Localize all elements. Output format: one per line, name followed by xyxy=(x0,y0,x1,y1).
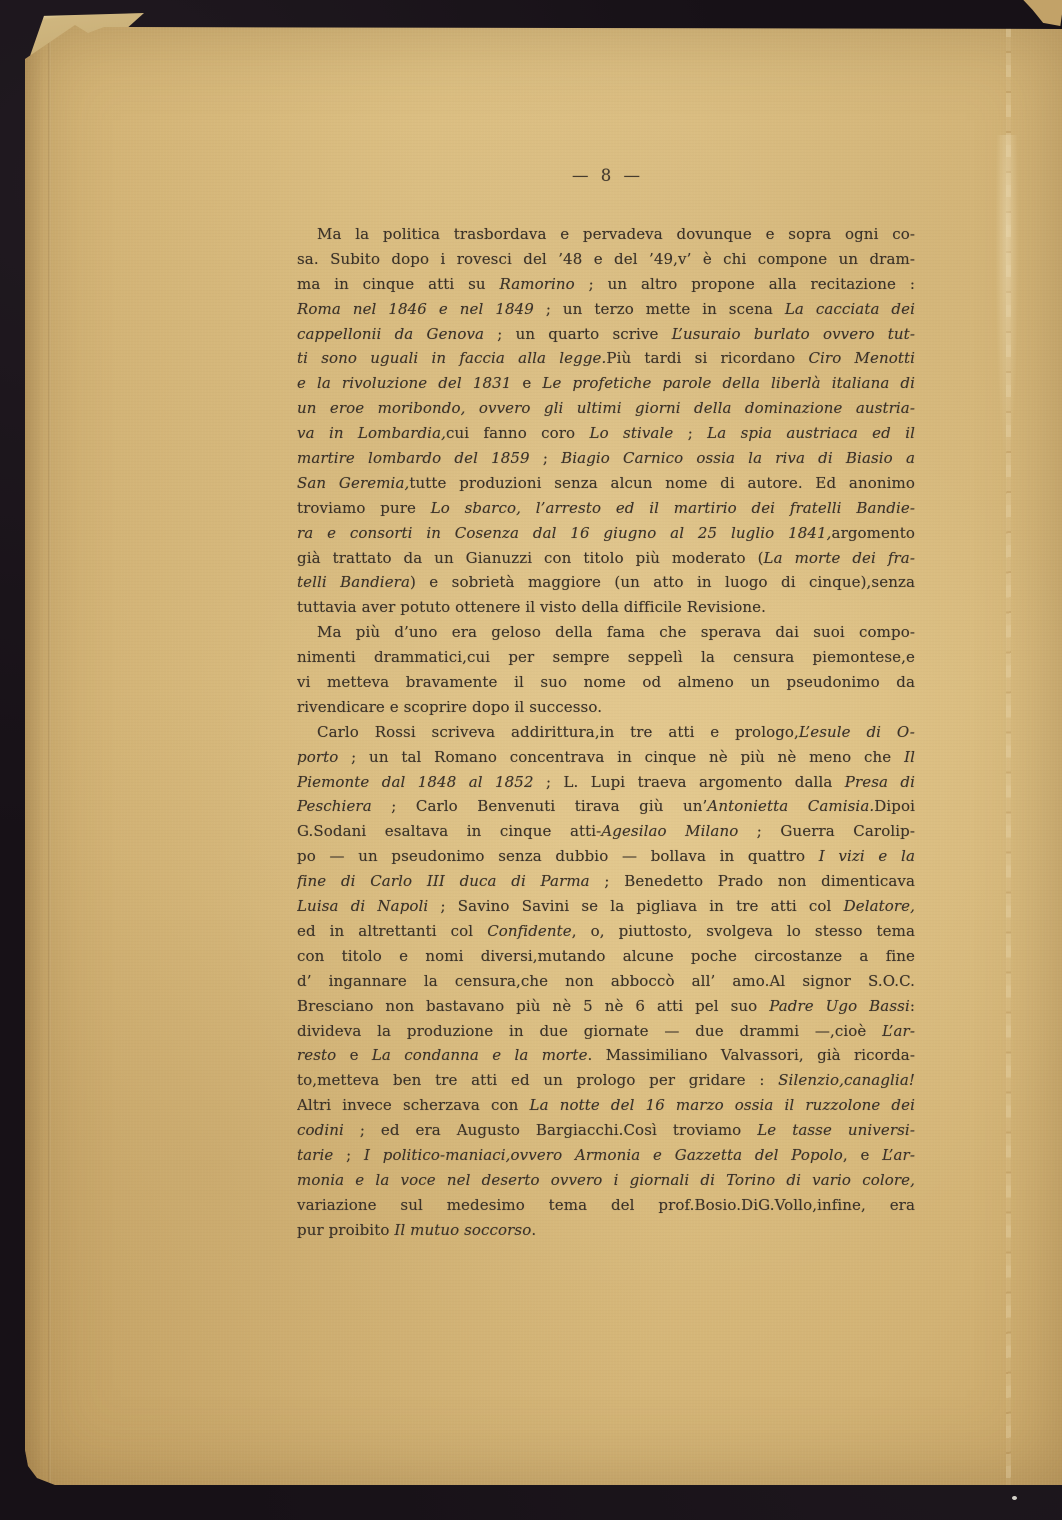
text-line: San Geremia,tutte produzioni senza alcun… xyxy=(297,471,915,496)
text-line: Altri invece scherzava con La notte del … xyxy=(297,1093,915,1118)
text-line: tarie ; I politico-maniaci,ovvero Armoni… xyxy=(297,1143,915,1168)
text-line: cappellonii da Genova ; un quarto scrive… xyxy=(297,322,915,347)
text-line: divideva la produzione in due giornate —… xyxy=(297,1019,915,1044)
text-line: po — un pseudonimo senza dubbio — bollav… xyxy=(297,844,915,869)
text-line: porto ; un tal Romano concentrava in cin… xyxy=(297,745,915,770)
text-line: con titolo e nomi diversi,mutando alcune… xyxy=(297,944,915,969)
text-line: variazione sul medesimo tema del prof.Bo… xyxy=(297,1193,915,1218)
text-line: vi metteva bravamente il suo nome od alm… xyxy=(297,670,915,695)
text-line: Ma più d’uno era geloso della fama che s… xyxy=(297,620,915,645)
text-line: d’ ingannare la censura,che non abboccò … xyxy=(297,969,915,994)
text-line: Peschiera ; Carlo Benvenuti tirava giù u… xyxy=(297,794,915,819)
left-crease-line xyxy=(48,25,51,1485)
right-tear-patch xyxy=(995,135,1019,465)
text-line: resto e La condanna e la morte. Massimil… xyxy=(297,1043,915,1068)
text-line: Piemonte dal 1848 al 1852 ; L. Lupi trae… xyxy=(297,770,915,795)
text-line: G.Sodani esaltava in cinque atti-Agesila… xyxy=(297,819,915,844)
text-line: Roma nel 1846 e nel 1849 ; un terzo mett… xyxy=(297,297,915,322)
text-line: troviamo pure Lo sbarco, l’arresto ed il… xyxy=(297,496,915,521)
scan-background: — 8 — Ma la politica trasbordava e perva… xyxy=(0,0,1062,1520)
text-line: rivendicare e scoprire dopo il successo. xyxy=(297,695,915,720)
page-number: — 8 — xyxy=(297,166,915,185)
text-line: Carlo Rossi scriveva addirittura,in tre … xyxy=(297,720,915,745)
dust-speck xyxy=(1012,1496,1017,1500)
text-line: fine di Carlo III duca di Parma ; Benede… xyxy=(297,869,915,894)
scanned-book-page: — 8 — Ma la politica trasbordava e perva… xyxy=(25,25,1062,1485)
text-line: già trattato da un Gianuzzi con titolo p… xyxy=(297,546,915,571)
text-block: Ma la politica trasbordava e pervadeva d… xyxy=(297,222,915,1243)
paper-fragment xyxy=(1020,0,1062,26)
text-line: e la rivoluzione del 1831 e Le profetich… xyxy=(297,371,915,396)
text-line: telli Bandiera) e sobrietà maggiore (un … xyxy=(297,570,915,595)
text-line: monia e la voce nel deserto ovvero i gio… xyxy=(297,1168,915,1193)
text-line: ed in altrettanti col Confidente, o, piu… xyxy=(297,919,915,944)
text-line: va in Lombardia,cui fanno coro Lo stival… xyxy=(297,421,915,446)
text-line: to,metteva ben tre atti ed un prologo pe… xyxy=(297,1068,915,1093)
text-line: ma in cinque atti su Ramorino ; un altro… xyxy=(297,272,915,297)
text-line: Ma la politica trasbordava e pervadeva d… xyxy=(297,222,915,247)
text-line: martire lombardo del 1859 ; Biagio Carni… xyxy=(297,446,915,471)
text-line: pur proibito Il mutuo soccorso. xyxy=(297,1218,915,1243)
text-line: ra e consorti in Cosenza dal 16 giugno a… xyxy=(297,521,915,546)
text-line: nimenti drammatici,cui per sempre seppel… xyxy=(297,645,915,670)
text-line: sa. Subito dopo i rovesci del ’48 e del … xyxy=(297,247,915,272)
text-line: Luisa di Napoli ; Savino Savini se la pi… xyxy=(297,894,915,919)
text-line: tuttavia aver potuto ottenere il visto d… xyxy=(297,595,915,620)
text-line: codini ; ed era Augusto Bargiacchi.Così … xyxy=(297,1118,915,1143)
text-line: ti sono uguali in faccia alla legge.Più … xyxy=(297,346,915,371)
text-line: Bresciano non bastavano più nè 5 nè 6 at… xyxy=(297,994,915,1019)
text-line: un eroe moribondo, ovvero gli ultimi gio… xyxy=(297,396,915,421)
